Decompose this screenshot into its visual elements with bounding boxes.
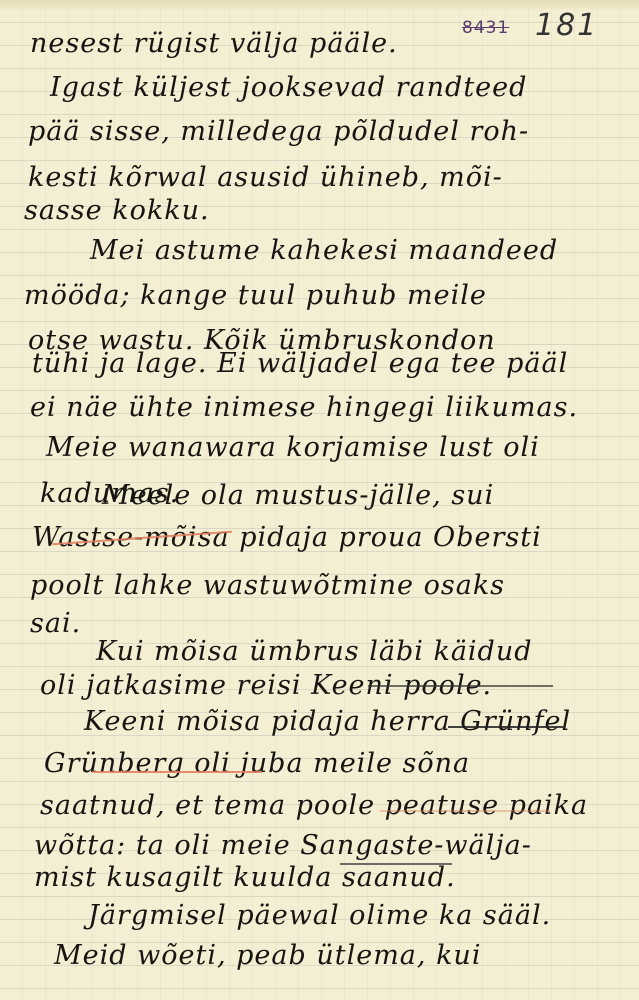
manuscript-page: 8431 181 nesest rügist välja pääle. Igas… [0,0,639,1000]
red-pencil-mark [380,810,550,812]
text-line: Grünberg oli juba meile sõna [44,748,470,779]
text-line: nesest rügist välja pääle. [30,28,398,59]
text-line: pää sisse, milledega põldudel roh- [28,116,529,147]
underline-sangaste [340,863,452,865]
archive-number-struck: 8431 [462,18,509,38]
text-line: Meie wanawara korjamise lust oli [46,432,540,463]
text-line: Igast küljest jooksevad randteed [50,72,527,103]
text-line: Kui mõisa ümbrus läbi käidud [96,636,533,667]
text-line: tühi ja lage. Ei wäljadel ega tee pääl [32,348,568,379]
underline-keeni-poole [368,685,553,687]
text-line: sai. [30,608,81,639]
text-line: poolt lahke wastuwõtmine osaks [30,570,505,601]
text-line: mööda; kange tuul puhub meile [24,280,487,311]
text-line: kesti kõrwal asusid ühineb, mõi- [28,162,503,193]
text-line: ei näe ühte inimese hingegi liikumas. [30,392,578,423]
red-pencil-underline [92,771,262,773]
text-line: Wastse-mõisa pidaja proua Obersti [32,522,542,553]
text-line: Keeni mõisa pidaja herra Grünfel [84,706,571,737]
page-number: 181 [535,8,598,43]
strikethrough-grunfel [448,726,563,728]
text-line: Järgmisel päewal olime ka sääl. [88,900,551,931]
text-line: Mei astume kahekesi maandeed [90,235,558,266]
text-line: mist kusagilt kuulda saanud. [34,862,456,893]
text-line: saatnud, et tema poole peatuse paika [40,790,588,821]
text-line: Meid wõeti, peab ütlema, kui [54,940,481,971]
text-line: Meele ola mustus-jälle, sui [102,480,494,511]
text-line: sasse kokku. [24,195,210,226]
text-line: wõtta: ta oli meie Sangaste-wälja- [34,830,532,861]
